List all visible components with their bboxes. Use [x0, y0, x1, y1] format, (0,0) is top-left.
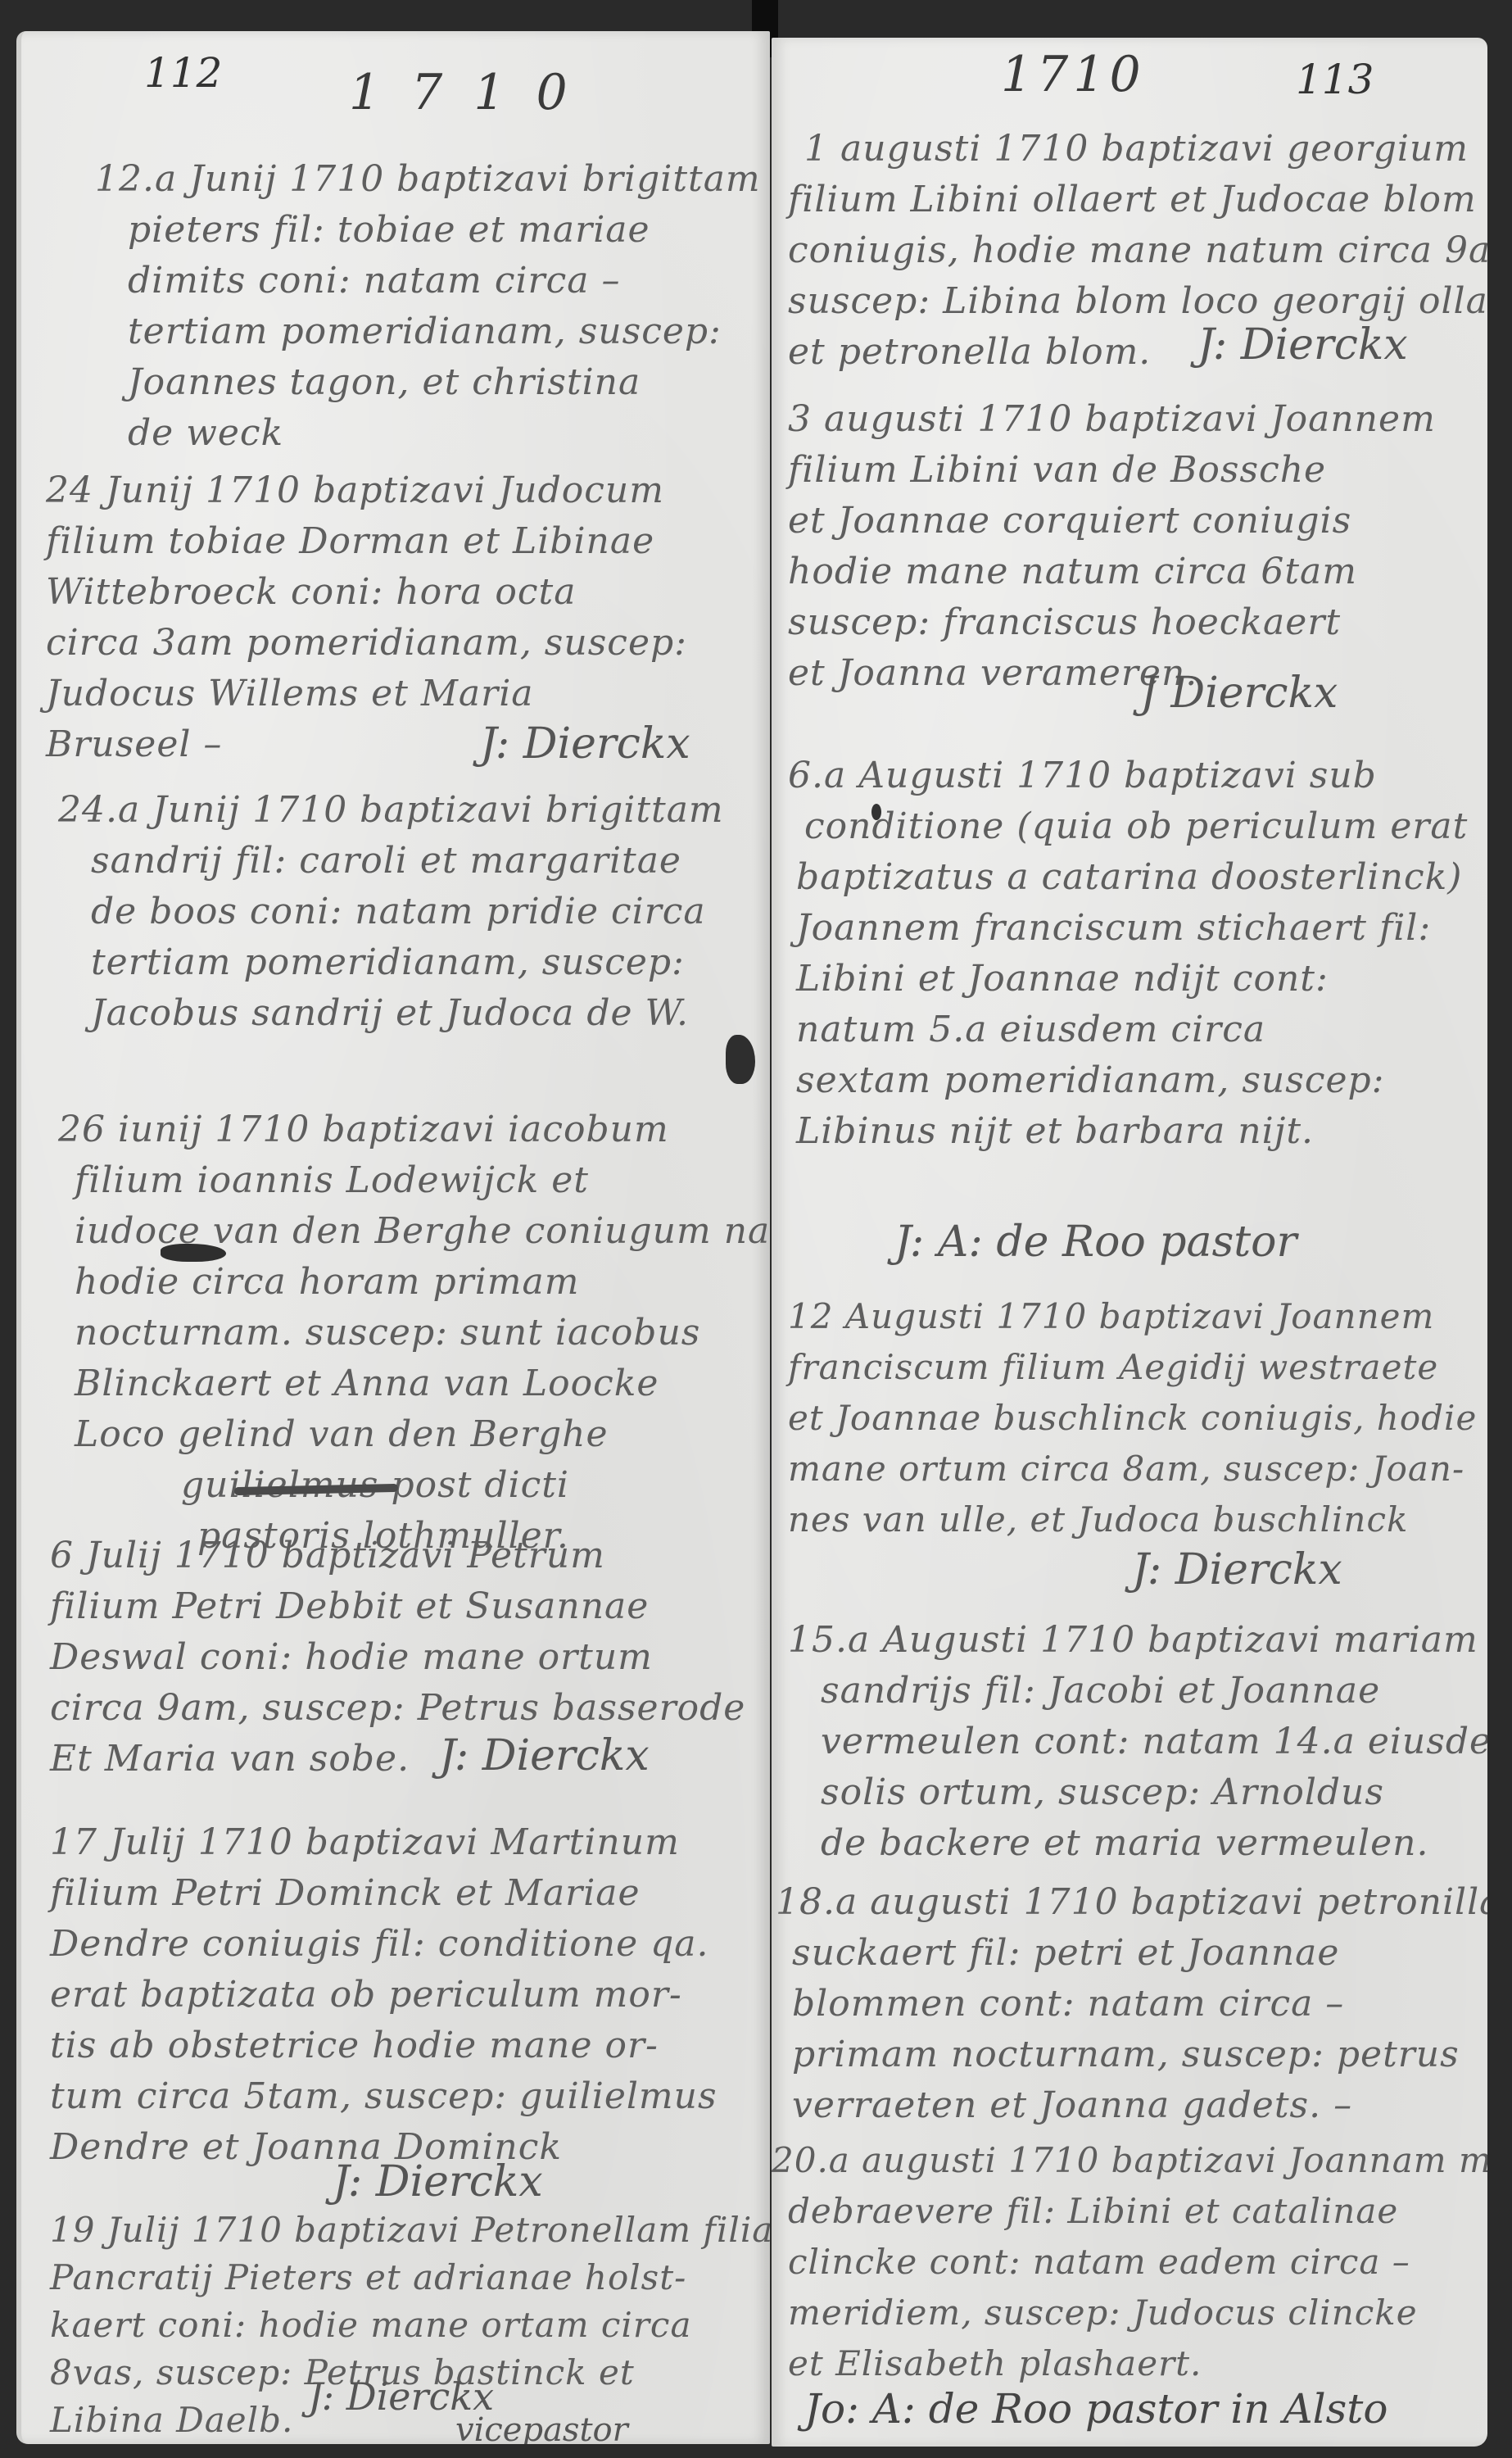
- entry-line: Deswal coni: hodie mane ortum: [50, 1632, 745, 1683]
- entry-line: natum 5.a eiusdem circa: [788, 1005, 1468, 1055]
- entry-line: de weck: [95, 408, 761, 459]
- entry-line: sandrij fil: caroli et margaritae: [58, 836, 724, 887]
- entry-line: suscep: franciscus hoeckaert: [788, 597, 1436, 648]
- entry-line: Blinckaert et Anna van Loocke: [58, 1358, 770, 1409]
- register-entry: 20.a augusti 1710 baptizavi Joannam mari…: [772, 2135, 1487, 2389]
- entry-line: filium Libini van de Bossche: [788, 445, 1436, 496]
- entry-line: dimits coni: natam circa –: [95, 256, 761, 306]
- entry-line: filium Petri Debbit et Susannae: [50, 1581, 745, 1632]
- entry-line: verraeten et Joanna gadets. –: [776, 2080, 1487, 2131]
- entry-line: filium Libini ollaert et Judocae blom: [788, 175, 1487, 225]
- entry-line: 3 augusti 1710 baptizavi Joannem: [788, 394, 1436, 445]
- entry-line: Wittebroeck coni: hora octa: [46, 567, 687, 618]
- entry-line: mane ortum circa 8am, suscep: Joan-: [788, 1444, 1477, 1494]
- priest-signature: J: Dierckx: [480, 719, 690, 769]
- entry-line: 20.a augusti 1710 baptizavi Joannam mari…: [772, 2135, 1487, 2186]
- right-page: 1710 113 1 augusti 1710 baptizavi georgi…: [772, 38, 1487, 2447]
- priest-title: vicepastor: [455, 2411, 628, 2444]
- entry-line: et Joanna verameren.: [788, 648, 1436, 699]
- entry-line: 19 Julij 1710 baptizavi Petronellam fili…: [50, 2206, 770, 2254]
- register-entry: 18.a augusti 1710 baptizavi petronillam …: [776, 1877, 1487, 2131]
- entry-line: et Joannae corquiert coniugis: [788, 496, 1436, 546]
- priest-signature: J: Dierckx: [333, 2157, 543, 2206]
- register-entry: 12.a Junij 1710 baptizavi brigittam piet…: [95, 154, 761, 459]
- entry-line: erat baptizata ob periculum mor-: [50, 1970, 718, 2020]
- entry-line: 17 Julij 1710 baptizavi Martinum: [50, 1817, 718, 1868]
- priest-signature: J: A: de Roo pastor: [894, 1218, 1297, 1267]
- register-entry: 24.a Junij 1710 baptizavi brigittam sand…: [58, 785, 724, 1039]
- entry-line: 1 augusti 1710 baptizavi georgium: [788, 124, 1487, 175]
- entry-line: blommen cont: natam circa –: [776, 1979, 1487, 2029]
- register-entry: 15.a Augusti 1710 baptizavi mariam sandr…: [788, 1615, 1487, 1869]
- entry-line: circa 3am pomeridianam, suscep:: [46, 618, 687, 669]
- entry-line: Pancratij Pieters et adrianae holst-: [50, 2254, 770, 2302]
- entry-line: Judocus Willems et Maria: [46, 669, 687, 719]
- entry-line: suckaert fil: petri et Joannae: [776, 1928, 1487, 1979]
- entry-line: tertiam pomeridianam, suscep:: [58, 937, 724, 988]
- entry-line: 12 Augusti 1710 baptizavi Joannem: [788, 1291, 1477, 1342]
- entry-line: conditione (quia ob periculum erat: [788, 801, 1468, 852]
- priest-signature: J Dierckx: [1140, 669, 1338, 718]
- register-entry: 12 Augusti 1710 baptizavi Joannem franci…: [788, 1291, 1477, 1545]
- entry-line: filium tobiae Dorman et Libinae: [46, 516, 687, 567]
- entry-line: tertiam pomeridianam, suscep:: [95, 306, 761, 357]
- entry-line: circa 9am, suscep: Petrus basserode: [50, 1683, 745, 1734]
- priest-signature: Jo: A: de Roo pastor in Alsto: [804, 2385, 1388, 2433]
- entry-line: 6 Julij 1710 baptizavi Petrum: [50, 1531, 745, 1581]
- entry-line: hodie circa horam primam: [58, 1257, 770, 1308]
- entry-line: primam nocturnam, suscep: petrus: [776, 2029, 1487, 2080]
- header-year-left: 1710: [349, 64, 599, 121]
- entry-line: Libini et Joannae ndijt cont:: [788, 954, 1468, 1005]
- entry-line: de boos coni: natam pridie circa: [58, 887, 724, 937]
- entry-line: Loco gelind van den Berghe: [58, 1409, 770, 1460]
- entry-line: tum circa 5tam, suscep: guilielmus: [50, 2071, 718, 2122]
- entry-line: clincke cont: natam eadem circa –: [772, 2237, 1487, 2288]
- entry-line: et Elisabeth plashaert.: [772, 2338, 1487, 2389]
- ink-spot: [871, 804, 881, 820]
- entry-line: pieters fil: tobiae et mariae: [95, 205, 761, 256]
- header-year-right: 1710: [1001, 46, 1146, 103]
- priest-signature: J: Dierckx: [439, 1731, 650, 1780]
- entry-line: 12.a Junij 1710 baptizavi brigittam: [95, 154, 761, 205]
- entry-line: sextam pomeridianam, suscep:: [788, 1055, 1468, 1106]
- entry-line: kaert coni: hodie mane ortam circa: [50, 2302, 770, 2349]
- entry-line: 15.a Augusti 1710 baptizavi mariam: [788, 1615, 1487, 1666]
- entry-line: et Joannae buschlinck coniugis, hodie: [788, 1393, 1477, 1444]
- entry-line: de backere et maria vermeulen.: [788, 1818, 1487, 1869]
- entry-line: Libinus nijt et barbara nijt.: [788, 1106, 1468, 1157]
- entry-line: guilielmus post dicti: [58, 1460, 770, 1511]
- entry-line: tis ab obstetrice hodie mane or-: [50, 2020, 718, 2071]
- entry-line: Joannem franciscum stichaert fil:: [788, 903, 1468, 954]
- entry-line: 18.a augusti 1710 baptizavi petronillam: [776, 1877, 1487, 1928]
- entry-line: baptizatus a catarina doosterlinck): [788, 852, 1468, 903]
- register-entry: 3 augusti 1710 baptizavi Joannem filium …: [788, 394, 1436, 699]
- entry-line: Dendre coniugis fil: conditione qa.: [50, 1919, 718, 1970]
- priest-signature: J: Dierckx: [1197, 320, 1408, 370]
- register-entry: 17 Julij 1710 baptizavi Martinum filium …: [50, 1817, 718, 2173]
- entry-line: hodie mane natum circa 6tam: [788, 546, 1436, 597]
- register-entry: 6.a Augusti 1710 baptizavi sub condition…: [788, 751, 1468, 1157]
- entry-line: 6.a Augusti 1710 baptizavi sub: [788, 751, 1468, 801]
- entry-line: nocturnam. suscep: sunt iacobus: [58, 1308, 770, 1358]
- ink-blot: [726, 1035, 755, 1084]
- page-number-left: 112: [144, 49, 222, 97]
- entry-line: vermeulen cont: natam 14.a eiusdem circa: [788, 1717, 1487, 1767]
- entry-line: coniugis, hodie mane natum circa 9am: [788, 225, 1487, 276]
- entry-line: Joannes tagon, et christina: [95, 357, 761, 408]
- entry-line: filium Petri Dominck et Mariae: [50, 1868, 718, 1919]
- entry-line: nes van ulle, et Judoca buschlinck: [788, 1494, 1477, 1545]
- entry-line: solis ortum, suscep: Arnoldus: [788, 1767, 1487, 1818]
- entry-line: meridiem, suscep: Judocus clincke: [772, 2288, 1487, 2338]
- ink-blot: [161, 1244, 226, 1262]
- left-page: 112 1710 12.a Junij 1710 baptizavi brigi…: [16, 31, 770, 2444]
- entry-line: Jacobus sandrij et Judoca de W.: [58, 988, 724, 1039]
- entry-line: filium ioannis Lodewijck et: [58, 1155, 770, 1206]
- entry-line: 24 Junij 1710 baptizavi Judocum: [46, 465, 687, 516]
- register-entry: 26 iunij 1710 baptizavi iacobum filium i…: [58, 1104, 770, 1562]
- entry-line: sandrijs fil: Jacobi et Joannae: [788, 1666, 1487, 1717]
- entry-line: suscep: Libina blom loco georgij ollaert: [788, 276, 1487, 327]
- entry-line: franciscum filium Aegidij westraete: [788, 1342, 1477, 1393]
- priest-signature: J: Dierckx: [1132, 1545, 1342, 1594]
- page-number-right: 113: [1296, 56, 1374, 103]
- entry-line: 24.a Junij 1710 baptizavi brigittam: [58, 785, 724, 836]
- entry-line: debraevere fil: Libini et catalinae: [772, 2186, 1487, 2237]
- entry-line: 26 iunij 1710 baptizavi iacobum: [58, 1104, 770, 1155]
